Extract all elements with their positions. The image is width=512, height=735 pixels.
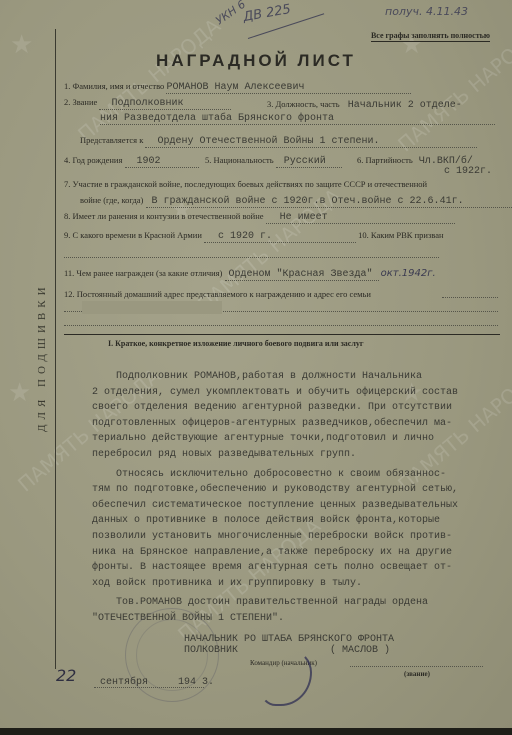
signatory-rank: ПОЛКОВНИК [184,645,238,656]
field-label: Представляется к [80,135,143,145]
previous-awards-date: окт.1942г. [381,268,436,279]
field-label: 9. С какого времени в Красной Армии [64,230,202,240]
party-value-cont: с 1922г. [444,166,492,177]
blank-line [64,257,439,258]
field-label: 12. Постоянный домашний адрес представля… [64,289,371,299]
scan-edge [0,728,512,735]
signature-line [350,666,483,667]
signatory-name: ( МАСЛОВ ) [330,645,390,656]
position-value: Начальник 2 отделе- [342,100,462,111]
field-rank: 2. Звание Подполковник [64,97,231,110]
previous-awards-value: Орденом "Красная Звезда" [225,269,379,281]
rank-value: Подполковник [99,98,231,110]
text-line: Относясь исключительно добросовестно к с… [92,467,512,483]
text-line: ход войск противника и их группировку в … [92,576,512,592]
handwritten-note: ДВ 225 [242,2,292,25]
field-label: 5. Национальность [205,155,274,165]
section-divider [64,334,500,335]
rank-label: (звание) [404,670,430,678]
field-previous-awards: 11. Чем ранее награжден (за какие отличи… [64,268,436,281]
field-wounds: 8. Имеет ли ранения и контузии в отечест… [64,211,455,224]
text-line: подготовленных офицеров-агентурных разве… [92,416,512,432]
award-value: Ордену Отечественной Войны 1 степени. [145,136,477,148]
binding-label: ДЛЯ ПОДШИВКИ [36,282,48,432]
text-line: обеспечил систематическое поступление це… [92,498,512,514]
date-day: 22 [56,666,76,685]
field-label: 6. Партийность [357,155,413,165]
field-position-cont: ния Разведотдела штаба Брянского фронта [100,112,495,125]
field-position: 3. Должность, часть Начальник 2 отделе- [267,99,462,111]
wounds-value: Не имеет [266,212,455,224]
handwritten-note: получ. 4.11.43 [385,5,468,18]
war-participation-value: В гражданской войне с 1920г.в Отеч.войне… [146,196,512,208]
date-year: 194 3. [178,677,214,688]
field-label: 8. Имеет ли ранения и контузии в отечест… [64,211,264,221]
field-full-name: 1. Фамилия, имя и отчество РОМАНОВ Наум … [64,81,411,94]
field-war-participation-cont: войне (где, когда) В гражданской войне с… [80,195,512,208]
nationality-value: Русский [276,156,342,168]
text-line: данных о противнике в полосе действия во… [92,513,512,529]
field-war-participation: 7. Участие в гражданской войне, последую… [64,179,427,189]
watermark-star-icon: ★ [8,378,31,408]
field-label: 4. Год рождения [64,155,122,165]
field-label: 7. Участие в гражданской войне, последую… [64,179,427,189]
text-line: 2 отделения, сумел укомплектовать и обуч… [92,385,512,401]
field-label: 1. Фамилия, имя и отчество [64,81,164,91]
watermark: ПАМЯТЬ НАРОДА [74,15,223,145]
handwritten-signature [260,650,312,706]
section-title: I. Краткое, конкретное изложение личного… [108,339,363,348]
binding-margin-line [55,29,56,669]
instruction-text: Все графы заполнять полностью [371,31,490,42]
award-sheet-page: ★ ★ ★ ★ ★ ПАМЯТЬ НАРОДА ПАМЯТЬ НАРОДА ПА… [0,0,512,728]
field-nationality: 5. Национальность Русский [205,155,342,168]
redacted-address [82,301,222,314]
field-presented-to: Представляется к Ордену Отечественной Во… [80,135,477,148]
merit-description: Подполковник РОМАНОВ,работая в должности… [92,369,512,627]
text-line: териально действующие агентурные точки,п… [92,431,512,447]
text-line: Подполковник РОМАНОВ,работая в должности… [92,369,512,385]
full-name-value: РОМАНОВ Наум Алексеевич [166,82,411,94]
text-line: ника на Брянское направление,а также пер… [92,545,512,561]
position-value-cont: ния Разведотдела штаба Брянского фронта [100,113,495,125]
field-label: 11. Чем ранее награжден (за какие отличи… [64,268,222,278]
text-line: тям по подготовке,обеспечению и руководс… [92,482,512,498]
text-line: перебросил ряд новых разведывательных гр… [92,447,512,463]
blank-line [64,325,498,326]
field-label: войне (где, когда) [80,195,143,205]
field-home-address: 12. Постоянный домашний адрес представля… [64,289,371,299]
field-label: 10. Каким РВК призван [358,230,443,240]
text-line: своего отделения ведению агентурной разв… [92,400,512,416]
document-title: НАГРАДНОЙ ЛИСТ [0,51,512,71]
text-line: Тов.РОМАНОВ достоин правительственной на… [92,595,512,611]
army-since-value: с 1920 г. [204,231,356,243]
signatory-title: НАЧАЛЬНИК РО ШТАБА БРЯНСКОГО ФРОНТА [184,634,394,645]
field-label: 2. Звание [64,97,97,107]
text-line: фронты. В настоящее время агентурная сет… [92,560,512,576]
birth-year-value: 1902 [125,156,199,168]
field-birth-year: 4. Год рождения 1902 [64,155,199,168]
blank-line [442,297,498,298]
field-army-since: 9. С какого времени в Красной Армии с 19… [64,230,444,243]
text-line: позволили установить многочисленные пере… [92,529,512,545]
field-label: 3. Должность, часть [267,99,340,109]
